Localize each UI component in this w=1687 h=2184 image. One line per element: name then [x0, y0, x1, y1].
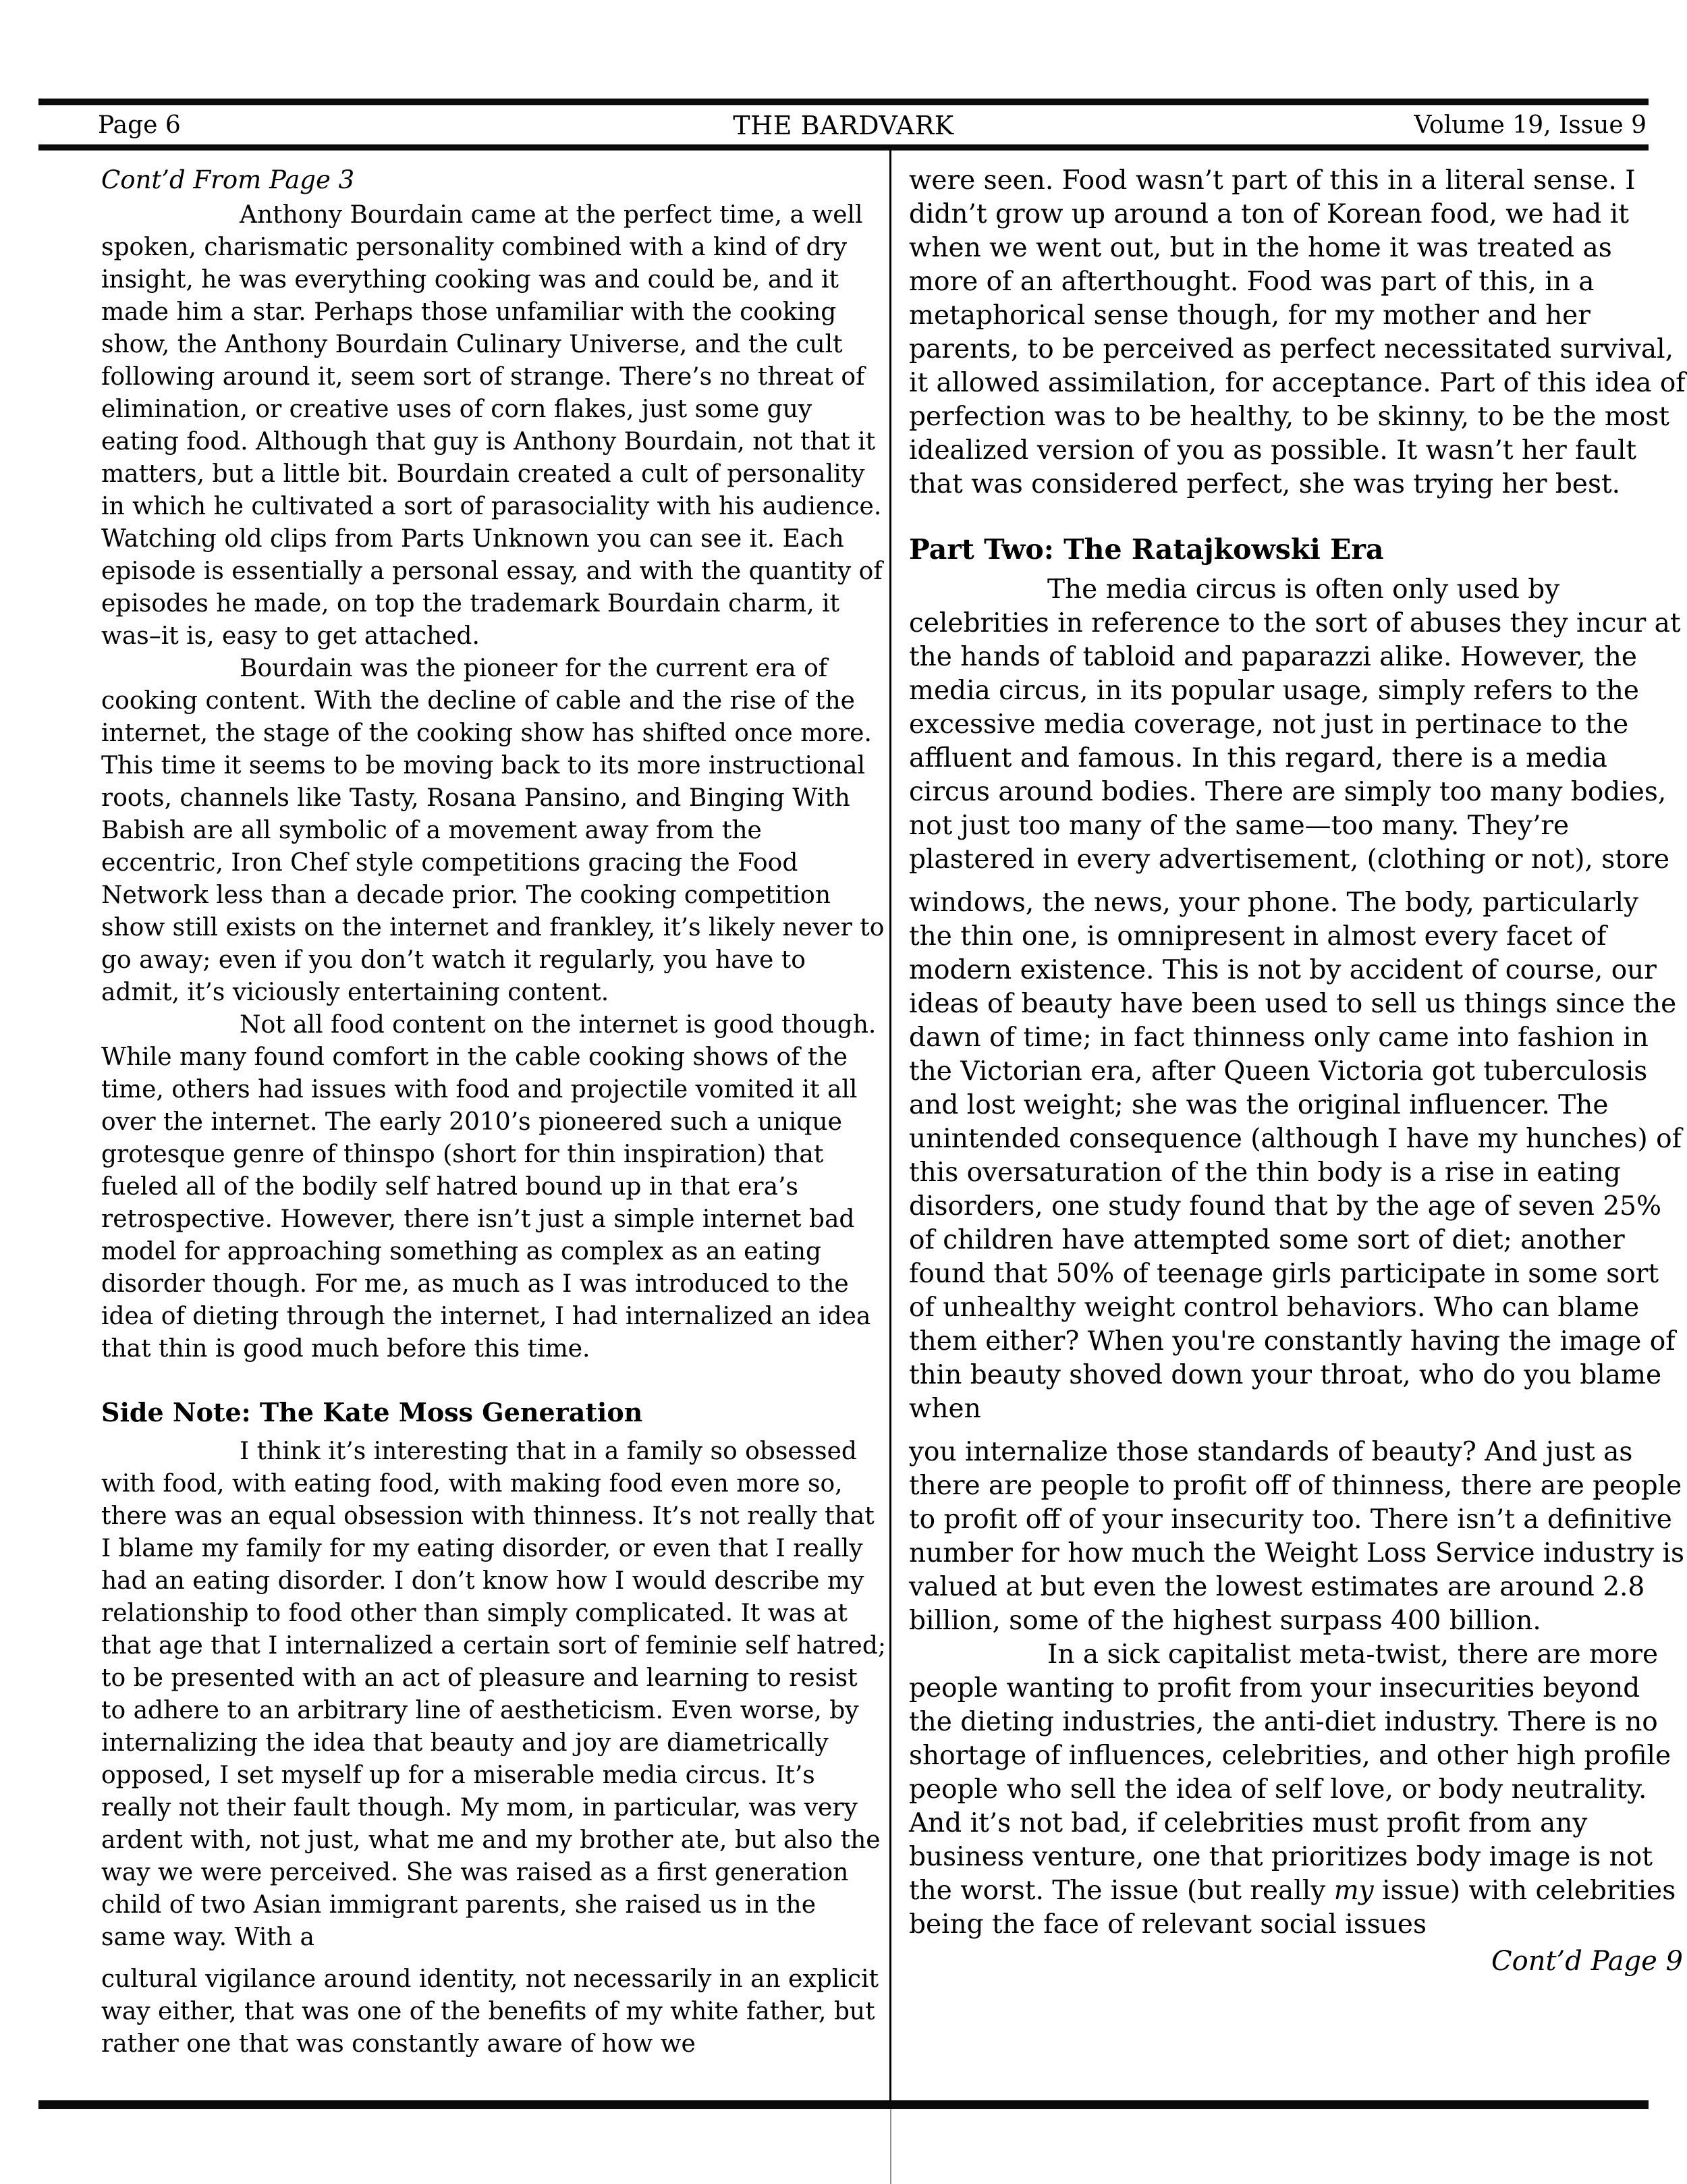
- left-column: Cont’d From Page 3 Anthony Bourdain came…: [101, 164, 887, 2060]
- bottom-rule: [38, 2100, 1649, 2109]
- paragraph-text-before-italic: In a sick capitalist meta-twist, there a…: [909, 1639, 1671, 1906]
- italic-word-my: my: [1334, 1876, 1374, 1906]
- column-divider: [889, 151, 891, 2100]
- paragraph-media-circus: The media circus is often only used by c…: [909, 573, 1687, 877]
- paragraph-continuation-cultural-vigilance: cultural vigilance around identity, not …: [101, 1963, 887, 2060]
- column-divider-lower: [890, 2109, 891, 2184]
- header-rule: [38, 144, 1649, 151]
- top-rule: [38, 99, 1649, 105]
- paragraph-continuation-standards: you internalize those standards of beaut…: [909, 1436, 1687, 1638]
- paragraph-continuation-windows: windows, the news, your phone. The body,…: [909, 886, 1687, 1426]
- paragraph-continuation-were-seen: were seen. Food wasn’t part of this in a…: [909, 164, 1687, 501]
- right-column: were seen. Food wasn’t part of this in a…: [909, 164, 1687, 1978]
- paragraph-cooking-content: Bourdain was the pioneer for the current…: [101, 653, 887, 1009]
- section-heading-ratajkowski: Part Two: The Ratajkowski Era: [909, 533, 1687, 566]
- section-heading-kate-moss: Side Note: The Kate Moss Generation: [101, 1396, 887, 1429]
- continued-to-note: Cont’d Page 9: [909, 1944, 1687, 1978]
- paragraph-capitalist-meta-twist: In a sick capitalist meta-twist, there a…: [909, 1638, 1687, 1942]
- paragraph-family-obsession: I think it’s interesting that in a famil…: [101, 1436, 887, 1954]
- newspaper-page: Page 6 THE BARDVARK Volume 19, Issue 9 C…: [0, 0, 1687, 2184]
- volume-issue: Volume 19, Issue 9: [1414, 112, 1647, 139]
- paragraph-bourdain-intro: Anthony Bourdain came at the perfect tim…: [101, 199, 887, 653]
- paragraph-thinspo: Not all food content on the internet is …: [101, 1009, 887, 1365]
- page-number: Page 6: [98, 112, 181, 139]
- continued-from-note: Cont’d From Page 3: [101, 164, 887, 196]
- masthead-title: THE BARDVARK: [733, 112, 953, 139]
